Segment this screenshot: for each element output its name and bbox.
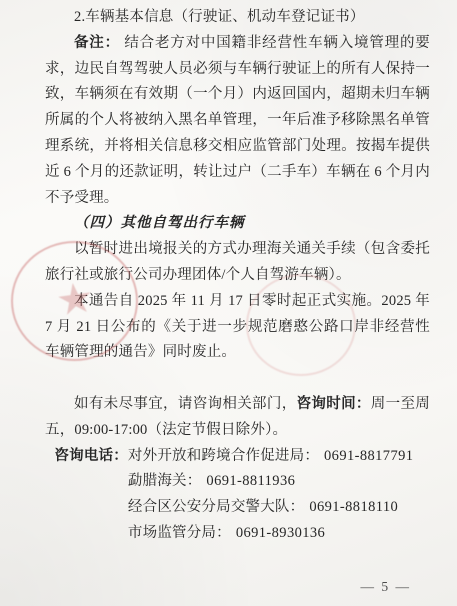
effective-date-text: 本通告自 2025 年 11 月 17 日零时起正式实施。2025 年 7 月 … [45,293,430,361]
remark-text: 结合老方对中国籍非经营性车辆入境管理的要求，边民自驾驾驶人员必须与车辆行驶证上的… [45,35,430,206]
page-number: — 5 — [361,579,412,595]
section-four-body-text: 以暂时进出境报关的方式办理海关通关手续（包含委托旅行社或旅行公司办理团体/个人自… [45,241,430,283]
contact-dept: 对外开放和跨境合作促进局： [128,448,319,464]
contact-number: 0691-8930136 [236,525,325,541]
section-four-heading-text: （四）其他自驾出行车辆 [74,215,245,231]
remark-label: 备注： [74,35,120,51]
contact-entry: 勐腊海关：0691-8811936 [128,469,430,495]
vehicle-info-text: 2.车辆基本信息（行驶证、机动车登记证书） [74,9,365,25]
contact-dept: 市场监管分局： [128,525,231,541]
contact-phone-block: 咨询电话： 对外开放和跨境合作促进局：0691-8817791 勐腊海关：069… [45,444,430,547]
contact-number: 0691-8811936 [206,473,295,489]
contact-phone-list: 对外开放和跨境合作促进局：0691-8817791 勐腊海关：0691-8811… [128,444,430,547]
inquiry-paragraph: 如有未尽事宜，请咨询相关部门，咨询时间：周一至周五，09:00-17:00（法定… [45,392,430,444]
remark-paragraph: 备注： 结合老方对中国籍非经营性车辆入境管理的要求，边民自驾驾驶人员必须与车辆行… [45,31,430,212]
section-four-body: 以暂时进出境报关的方式办理海关通关手续（包含委托旅行社或旅行公司办理团体/个人自… [45,237,430,289]
inquiry-pre-text: 如有未尽事宜，请咨询相关部门， [74,396,297,412]
blank-line-spacer [45,366,430,392]
contact-number: 0691-8818110 [309,499,398,515]
contact-entry: 市场监管分局：0691-8930136 [128,521,430,547]
scanned-notice-page: 2.车辆基本信息（行驶证、机动车登记证书） 备注： 结合老方对中国籍非经营性车辆… [0,0,457,606]
contact-entry: 对外开放和跨境合作促进局：0691-8817791 [128,444,430,470]
contact-number: 0691-8817791 [324,448,413,464]
contact-phone-label: 咨询电话： [54,444,128,470]
vehicle-info-list-item: 2.车辆基本信息（行驶证、机动车登记证书） [45,5,430,31]
inquiry-time-label: 咨询时间： [297,396,371,412]
effective-date-paragraph: 本通告自 2025 年 11 月 17 日零时起正式实施。2025 年 7 月 … [45,289,430,366]
document-body: 2.车辆基本信息（行驶证、机动车登记证书） 备注： 结合老方对中国籍非经营性车辆… [45,5,430,547]
contact-dept: 经合区公安分局交警大队： [128,499,304,515]
contact-entry: 经合区公安分局交警大队：0691-8818110 [128,495,430,521]
contact-dept: 勐腊海关： [128,473,202,489]
section-four-heading: （四）其他自驾出行车辆 [45,211,430,237]
